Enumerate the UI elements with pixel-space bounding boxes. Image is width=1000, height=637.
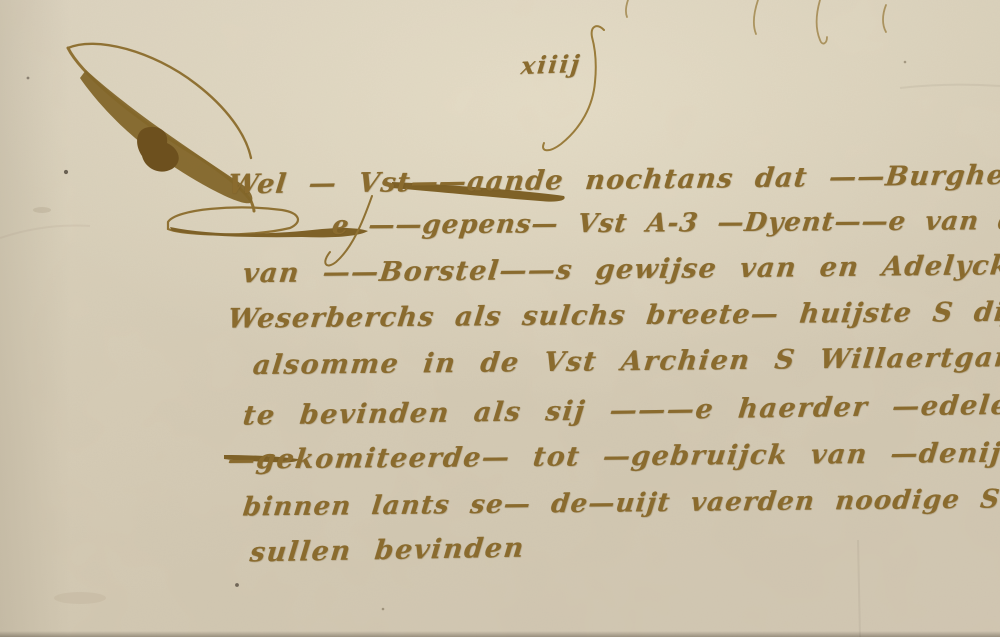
handwritten-line-9: sullen bevinden <box>248 533 526 569</box>
photo-bottom-edge-shadow <box>0 631 1000 637</box>
page-number: xiiij <box>519 49 582 80</box>
manuscript-photo: xiiij Wel — Vst——aande nochtans dat ——Bu… <box>0 0 1000 637</box>
handwritten-line-2: e ——gepens— Vst A-3 —Dyent——e van des La… <box>330 205 1000 241</box>
handwritten-line-4: Weserberchs als sulchs breete— huijste S… <box>226 296 1000 334</box>
